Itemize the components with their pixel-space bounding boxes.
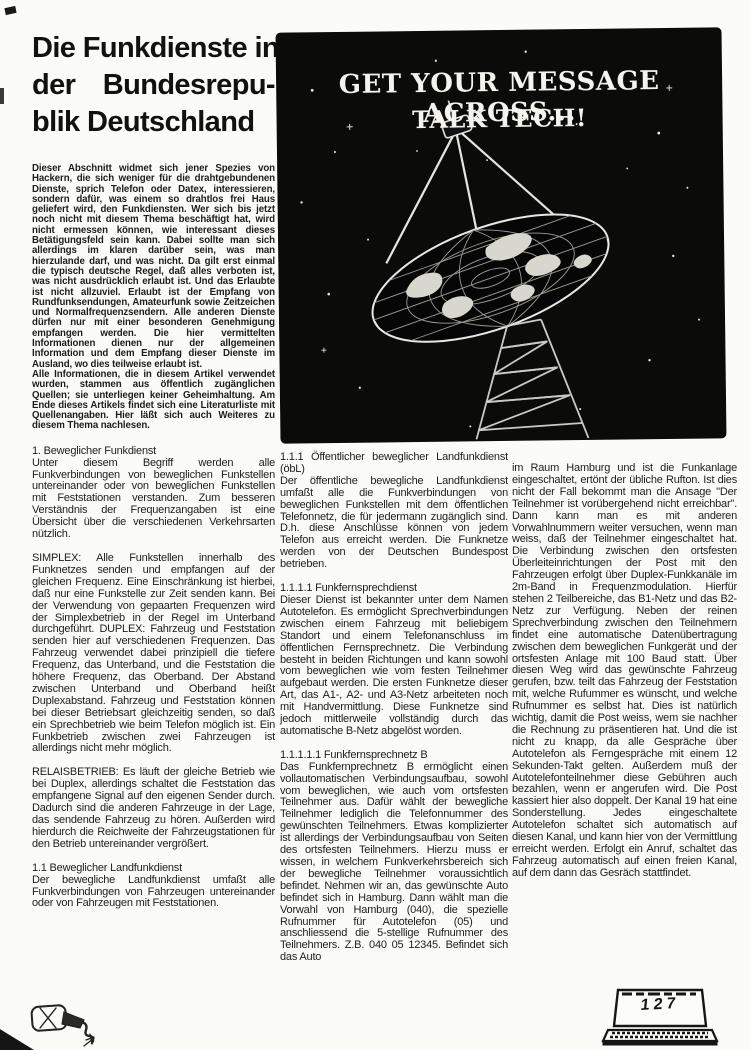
left-column: Die Funkdienste in der Bundesrepu- blik …	[32, 30, 275, 922]
section-oeffentlicher-landfunkdienst: 1.1.1 Öffentlicher beweglicher Landfunkd…	[280, 452, 508, 571]
middle-column: 1.1.1 Öffentlicher beweglicher Landfunkd…	[280, 452, 508, 976]
section-heading: 1.1.1.1.1 Funkfernsprechnetz B	[280, 750, 508, 762]
section-relaisbetrieb: RELAISBETRIEB: Es läuft der gleiche Betr…	[32, 767, 275, 850]
lattice-tower	[475, 319, 588, 439]
title-line: blik Deutschland	[32, 104, 275, 141]
section-heading: 1.1 Beweglicher Landfunkdienst	[32, 863, 275, 875]
ad-image: GET YOUR MESSAGE ACROSS... TALK TECH!	[276, 27, 727, 443]
section-heading: 1. Beweglicher Funkdienst	[32, 446, 275, 458]
section-body: Unter diesem Begriff werden alle Funkver…	[32, 458, 275, 541]
section-beweglicher-funkdienst: 1. Beweglicher Funkdienst Unter diesem B…	[32, 446, 275, 541]
dish	[357, 188, 626, 370]
right-column: im Raum Hamburg und ist die Funkanlage e…	[512, 452, 737, 891]
section-funkfernsprechnetz-b: 1.1.1.1.1 Funkfernsprechnetz B Das Funkf…	[280, 750, 508, 964]
page-title: Die Funkdienste in der Bundesrepu- blik …	[32, 30, 275, 141]
scan-artifact-edge	[0, 88, 4, 104]
section-body: Der bewegliche Landfunkdienst umfaßt all…	[32, 875, 275, 911]
section-body: RELAISBETRIEB: Es läuft der gleiche Betr…	[32, 767, 275, 850]
section-beweglicher-landfunkdienst: 1.1 Beweglicher Landfunkdienst Der beweg…	[32, 863, 275, 911]
section-funkfernsprechdienst: 1.1.1.1 Funkfernsprechdienst Dieser Dien…	[280, 583, 508, 738]
section-body: Der öffentliche bewegliche Landfunkdiens…	[280, 476, 508, 571]
left-body-text: 1. Beweglicher Funkdienst Unter diesem B…	[32, 446, 275, 911]
section-body: Das Funkfernprechnetz B ermöglicht einen…	[280, 762, 508, 964]
intro-paragraph-2: Alle Informationen, die in diesem Artike…	[32, 370, 275, 432]
title-line: Die Funkdienste in	[32, 30, 275, 67]
title-line: der Bundesrepu-	[32, 67, 275, 104]
section-heading: 1.1.1 Öffentlicher beweglicher Landfunkd…	[280, 452, 508, 476]
magazine-page: Die Funkdienste in der Bundesrepu- blik …	[0, 0, 750, 1050]
handset-doodle-icon	[26, 996, 118, 1050]
intro-text: Dieser Abschnitt widmet sich jener Spezi…	[32, 164, 275, 432]
section-body: Dieser Dienst ist bekannter unter dem Na…	[280, 595, 508, 738]
dish-graticule	[357, 188, 625, 368]
intro-paragraph-1: Dieser Abschnitt widmet sich jener Spezi…	[32, 164, 275, 370]
scan-artifact-mark	[4, 6, 16, 15]
section-simplex-duplex: SIMPLEX: Alle Funkstellen innerhalb des …	[32, 553, 275, 755]
ad-headline-line2: TALK TECH!	[276, 101, 722, 135]
section-body: SIMPLEX: Alle Funkstellen innerhalb des …	[32, 553, 275, 755]
section-body: im Raum Hamburg und ist die Funkanlage e…	[512, 463, 737, 880]
page-number: 127	[633, 995, 687, 1016]
